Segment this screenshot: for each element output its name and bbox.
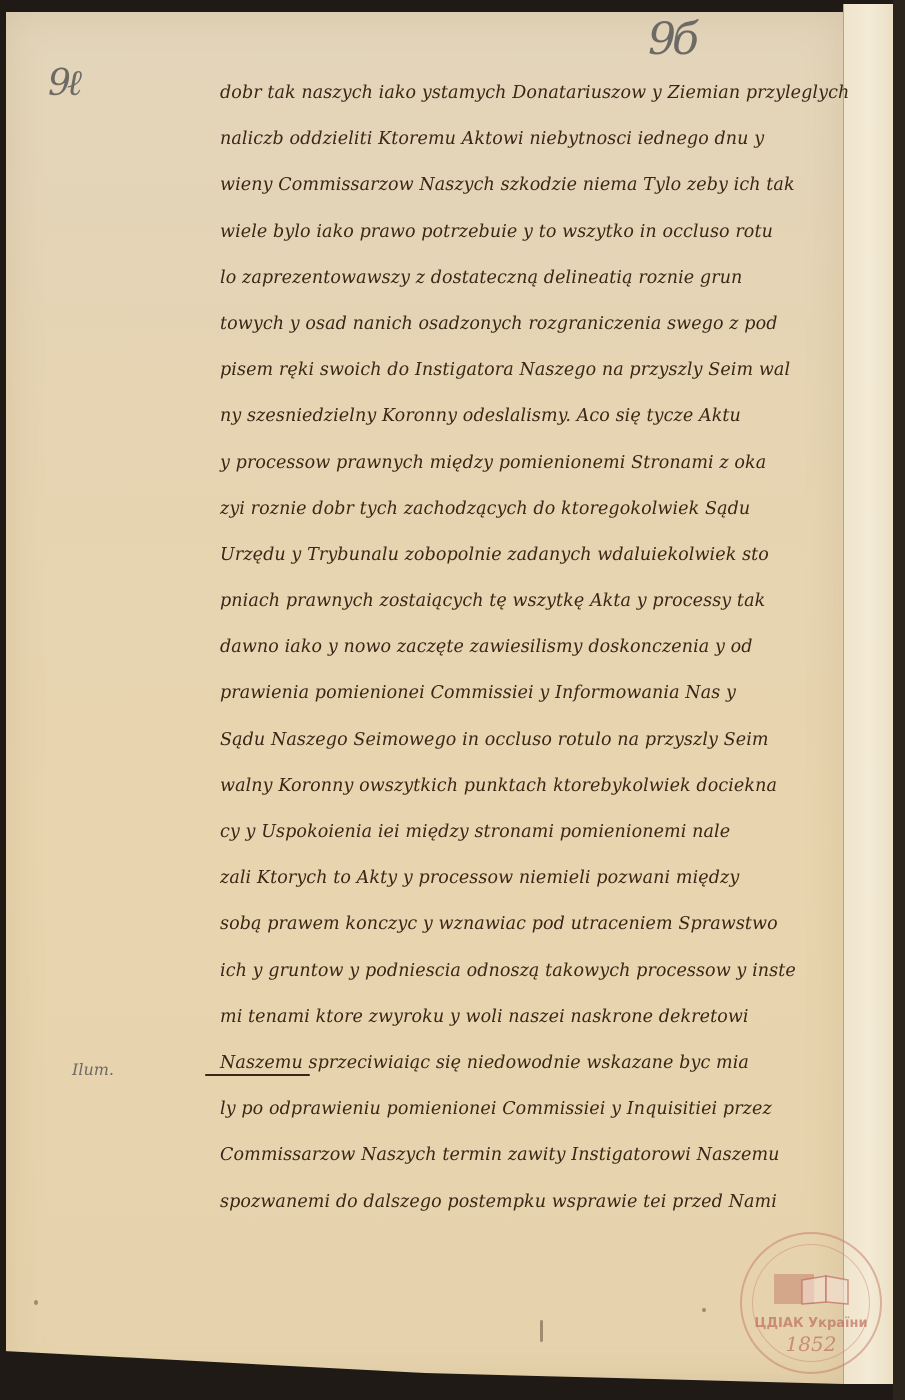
text-line: dawno iako y nowo zaczęte zawiesilismy d… [220, 624, 835, 670]
scan-border [893, 0, 905, 1400]
paper-speck [34, 1300, 38, 1305]
text-line: prawienia pomienionei Commissiei y Infor… [220, 670, 835, 716]
book-icon [772, 1270, 852, 1306]
text-line: pniach prawnych zostaiących tę wszytkę A… [220, 578, 835, 624]
paper-speck [540, 1320, 543, 1342]
stamp-year: 1852 [742, 1332, 880, 1356]
text-line: pisem ręki swoich do Instigatora Naszego… [220, 347, 835, 393]
text-line: y processow prawnych między pomienionemi… [220, 440, 835, 486]
manuscript-text: dobr tak naszych iako ystamych Donatariu… [220, 70, 835, 1225]
text-line: naliczb oddzieliti Ktoremu Aktowi niebyt… [220, 116, 835, 162]
text-line: ly po odprawieniu pomienionei Commissiei… [220, 1086, 835, 1132]
margin-note: Ilum. [72, 1060, 114, 1079]
folio-number-left: 9ℓ [48, 62, 78, 104]
text-line: Commissarzow Naszych termin zawity Insti… [220, 1132, 835, 1178]
text-line: Naszemu sprzeciwiaiąc się niedowodnie ws… [220, 1040, 835, 1086]
archive-stamp: ЦЕНТРАЛЬНИЙ ДЕРЖАВНИЙ ІСТОРИЧНИЙ АРХІВ У… [740, 1232, 882, 1374]
text-line: towych y osad nanich osadzonych rozgrani… [220, 301, 835, 347]
text-line: ich y gruntow y podniescia odnoszą takow… [220, 948, 835, 994]
text-line: dobr tak naszych iako ystamych Donatariu… [220, 70, 835, 116]
folio-number-top: 9б [648, 14, 695, 65]
paper-speck [702, 1308, 706, 1312]
text-line: mi tenami ktore zwyroku y woli naszei na… [220, 994, 835, 1040]
text-line: Urzędu y Trybunalu zobopolnie zadanych w… [220, 532, 835, 578]
text-line: sobą prawem konczyc y wznawiac pod utrac… [220, 901, 835, 947]
text-line: wieny Commissarzow Naszych szkodzie niem… [220, 162, 835, 208]
text-line: spozwanemi do dalszego postempku wsprawi… [220, 1179, 835, 1225]
text-line: ny szesniedzielny Koronny odeslalismy. A… [220, 393, 835, 439]
text-line: cy y Uspokoienia iei między stronami pom… [220, 809, 835, 855]
text-line: zali Ktorych to Akty y processow niemiel… [220, 855, 835, 901]
text-line: Sądu Naszego Seimowego in occluso rotulo… [220, 717, 835, 763]
page-edge-strip [843, 4, 894, 1384]
text-line: zyi roznie dobr tych zachodzących do kto… [220, 486, 835, 532]
stamp-name: ЦДІАК України [742, 1316, 880, 1331]
text-line: wiele bylo iako prawo potrzebuie y to ws… [220, 209, 835, 255]
text-line: walny Koronny owszytkich punktach ktoreb… [220, 763, 835, 809]
text-line: lo zaprezentowawszy z dostateczną deline… [220, 255, 835, 301]
